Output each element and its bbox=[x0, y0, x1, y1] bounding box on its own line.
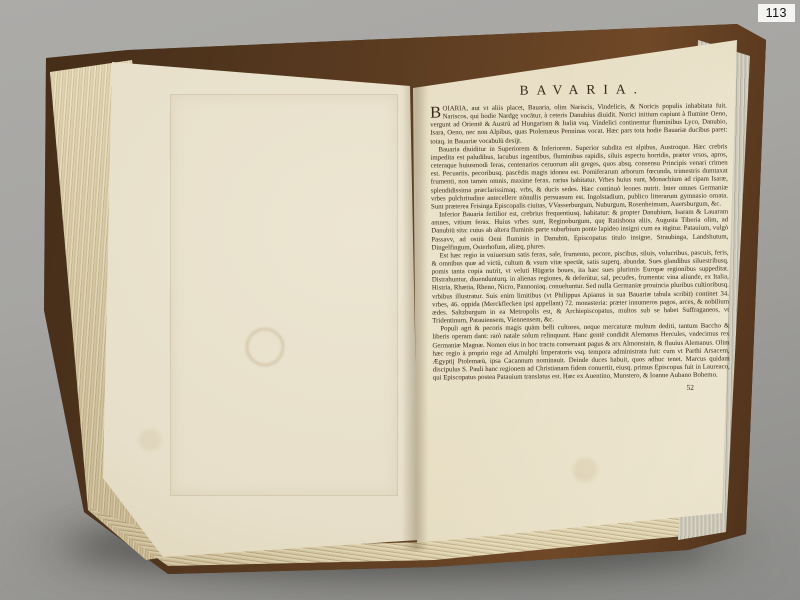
gutter-crease bbox=[402, 60, 428, 550]
body-paragraph: Bauaria diuiditur in Superiorem & Inferi… bbox=[430, 143, 728, 211]
page-title: BAVARIA. bbox=[430, 80, 727, 99]
body-paragraph: Populi agri & pecoris magis quàm belli c… bbox=[432, 323, 730, 383]
drop-cap: B bbox=[430, 105, 443, 120]
photograph-of-open-book: BAVARIA. BOIARIA, aut vt aliis placet, B… bbox=[0, 0, 800, 600]
body-paragraph: BOIARIA, aut vt aliis placet, Bauaria, o… bbox=[430, 102, 727, 146]
page-number: 52 bbox=[433, 383, 730, 395]
plate-mark-impression bbox=[170, 94, 398, 496]
paragraph-text: OIARIA, aut vt aliis placet, Bauaria, ol… bbox=[430, 102, 727, 145]
photo-number-label: 113 bbox=[758, 4, 795, 22]
page-text-block: BAVARIA. BOIARIA, aut vt aliis placet, B… bbox=[430, 80, 732, 515]
body-paragraph: Est hæc regio in vniuersum satis ferax, … bbox=[432, 249, 730, 326]
ring-stain bbox=[246, 328, 284, 366]
body-paragraph: Inferior Bauaria fertilior est, crebrius… bbox=[431, 208, 728, 252]
